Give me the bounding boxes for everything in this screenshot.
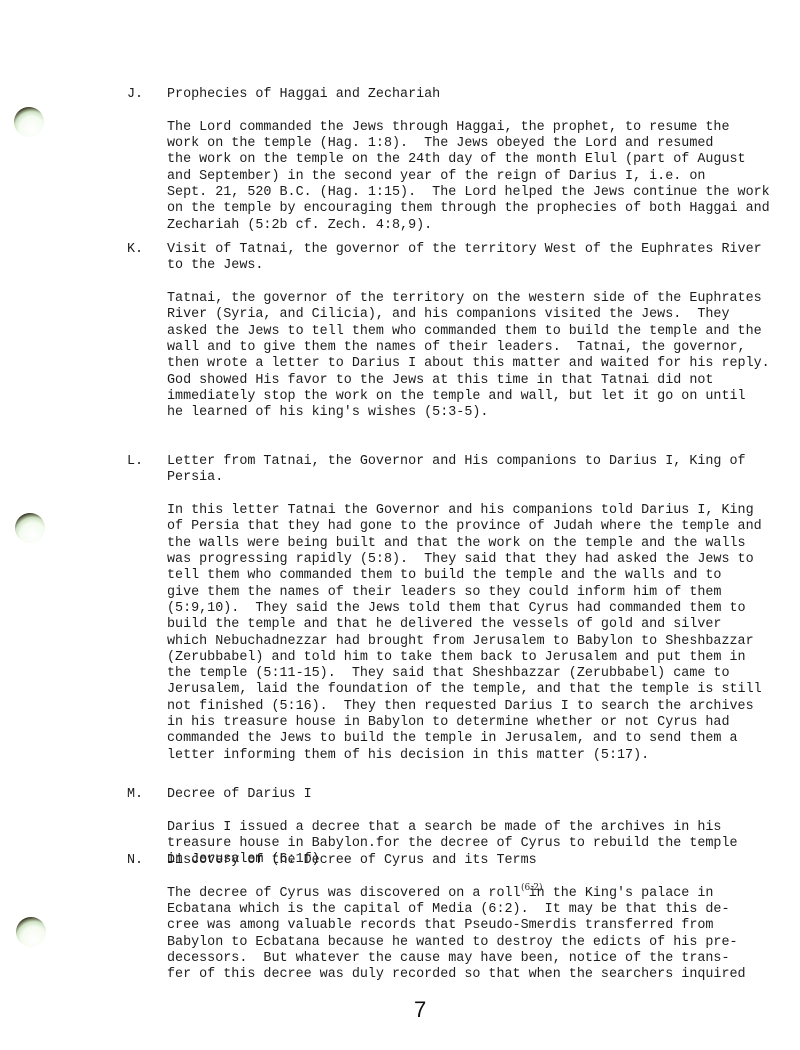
body-line: commanded the Jews to build the temple i… bbox=[167, 731, 738, 747]
body-line: cree was among valuable records that Pse… bbox=[167, 918, 713, 934]
page-number: 7 bbox=[414, 997, 426, 1023]
body-line: wall and to give them the names of their… bbox=[167, 340, 746, 356]
body-line: treasure house in Babylon.for the decree… bbox=[167, 836, 738, 852]
body-line: Zechariah (5:2b cf. Zech. 4:8,9). bbox=[167, 218, 432, 234]
section-heading: Visit of Tatnai, the governor of the ter… bbox=[167, 242, 762, 258]
body-line: Jerusalem, laid the foundation of the te… bbox=[167, 682, 762, 698]
punch-hole-icon bbox=[15, 513, 45, 543]
section-letter: L. bbox=[127, 454, 143, 469]
body-line: In this letter Tatnai the Governor and h… bbox=[167, 503, 754, 519]
body-line: (5:9,10). They said the Jews told them t… bbox=[167, 601, 746, 617]
section-letter: M. bbox=[127, 787, 143, 802]
body-line: Darius I issued a decree that a search b… bbox=[167, 820, 721, 836]
punch-hole-icon bbox=[16, 917, 46, 947]
handwritten-margin-note: (6:2) bbox=[521, 883, 543, 893]
section-heading: Prophecies of Haggai and Zechariah bbox=[167, 87, 440, 103]
body-line: the walls were being built and that the … bbox=[167, 536, 746, 552]
body-line: the work on the temple on the 24th day o… bbox=[167, 152, 746, 168]
body-line: The decree of Cyrus was discovered on a … bbox=[167, 886, 713, 902]
body-line: give them the names of their leaders so … bbox=[167, 585, 721, 601]
body-line: of Persia that they had gone to the prov… bbox=[167, 519, 762, 535]
section-heading: Persia. bbox=[167, 470, 223, 486]
body-line: The Lord commanded the Jews through Hagg… bbox=[167, 120, 730, 136]
body-line: work on the temple (Hag. 1:8). The Jews … bbox=[167, 136, 713, 152]
body-line: and September) in the second year of the… bbox=[167, 169, 705, 185]
body-line: (Zerubbabel) and told him to take them b… bbox=[167, 650, 746, 666]
body-line: God showed His favor to the Jews at this… bbox=[167, 373, 713, 389]
section-letter: K. bbox=[127, 242, 143, 257]
body-line: which Nebuchadnezzar had brought from Je… bbox=[167, 634, 754, 650]
section-letter: J. bbox=[127, 87, 143, 102]
body-line: immediately stop the work on the temple … bbox=[167, 389, 746, 405]
body-line: decessors. But whatever the cause may ha… bbox=[167, 951, 730, 967]
section-heading: Letter from Tatnai, the Governor and His… bbox=[167, 454, 746, 470]
punch-hole-icon bbox=[14, 107, 44, 137]
body-line: was progressing rapidly (5:8). They said… bbox=[167, 552, 754, 568]
body-line: letter informing them of his decision in… bbox=[167, 748, 649, 764]
section-heading: to the Jews. bbox=[167, 258, 263, 274]
body-line: build the temple and that he delivered t… bbox=[167, 617, 721, 633]
body-line: Tatnai, the governor of the territory on… bbox=[167, 291, 762, 307]
body-line: then wrote a letter to Darius I about th… bbox=[167, 356, 770, 372]
section-heading: Discovery of the Decree of Cyrus and its… bbox=[167, 853, 537, 869]
section-heading: Decree of Darius I bbox=[167, 787, 312, 803]
body-line: fer of this decree was duly recorded so … bbox=[167, 967, 746, 983]
body-line: Sept. 21, 520 B.C. (Hag. 1:15). The Lord… bbox=[167, 185, 770, 201]
section-letter: N. bbox=[127, 853, 143, 868]
body-line: on the temple by encouraging them throug… bbox=[167, 201, 770, 217]
body-line: Ecbatana which is the capital of Media (… bbox=[167, 902, 730, 918]
document-page: J.Prophecies of Haggai and ZechariahThe … bbox=[0, 0, 800, 1050]
body-line: he learned of his king's wishes (5:3-5). bbox=[167, 405, 488, 421]
body-line: River (Syria, and Cilicia), and his comp… bbox=[167, 307, 730, 323]
body-line: tell them who commanded them to build th… bbox=[167, 568, 721, 584]
body-line: Babylon to Ecbatana because he wanted to… bbox=[167, 935, 738, 951]
body-line: in his treasure house in Babylon to dete… bbox=[167, 715, 730, 731]
body-line: asked the Jews to tell them who commande… bbox=[167, 324, 762, 340]
body-line: not finished (5:16). They then requested… bbox=[167, 699, 754, 715]
body-line: the temple (5:11-15). They said that She… bbox=[167, 666, 730, 682]
